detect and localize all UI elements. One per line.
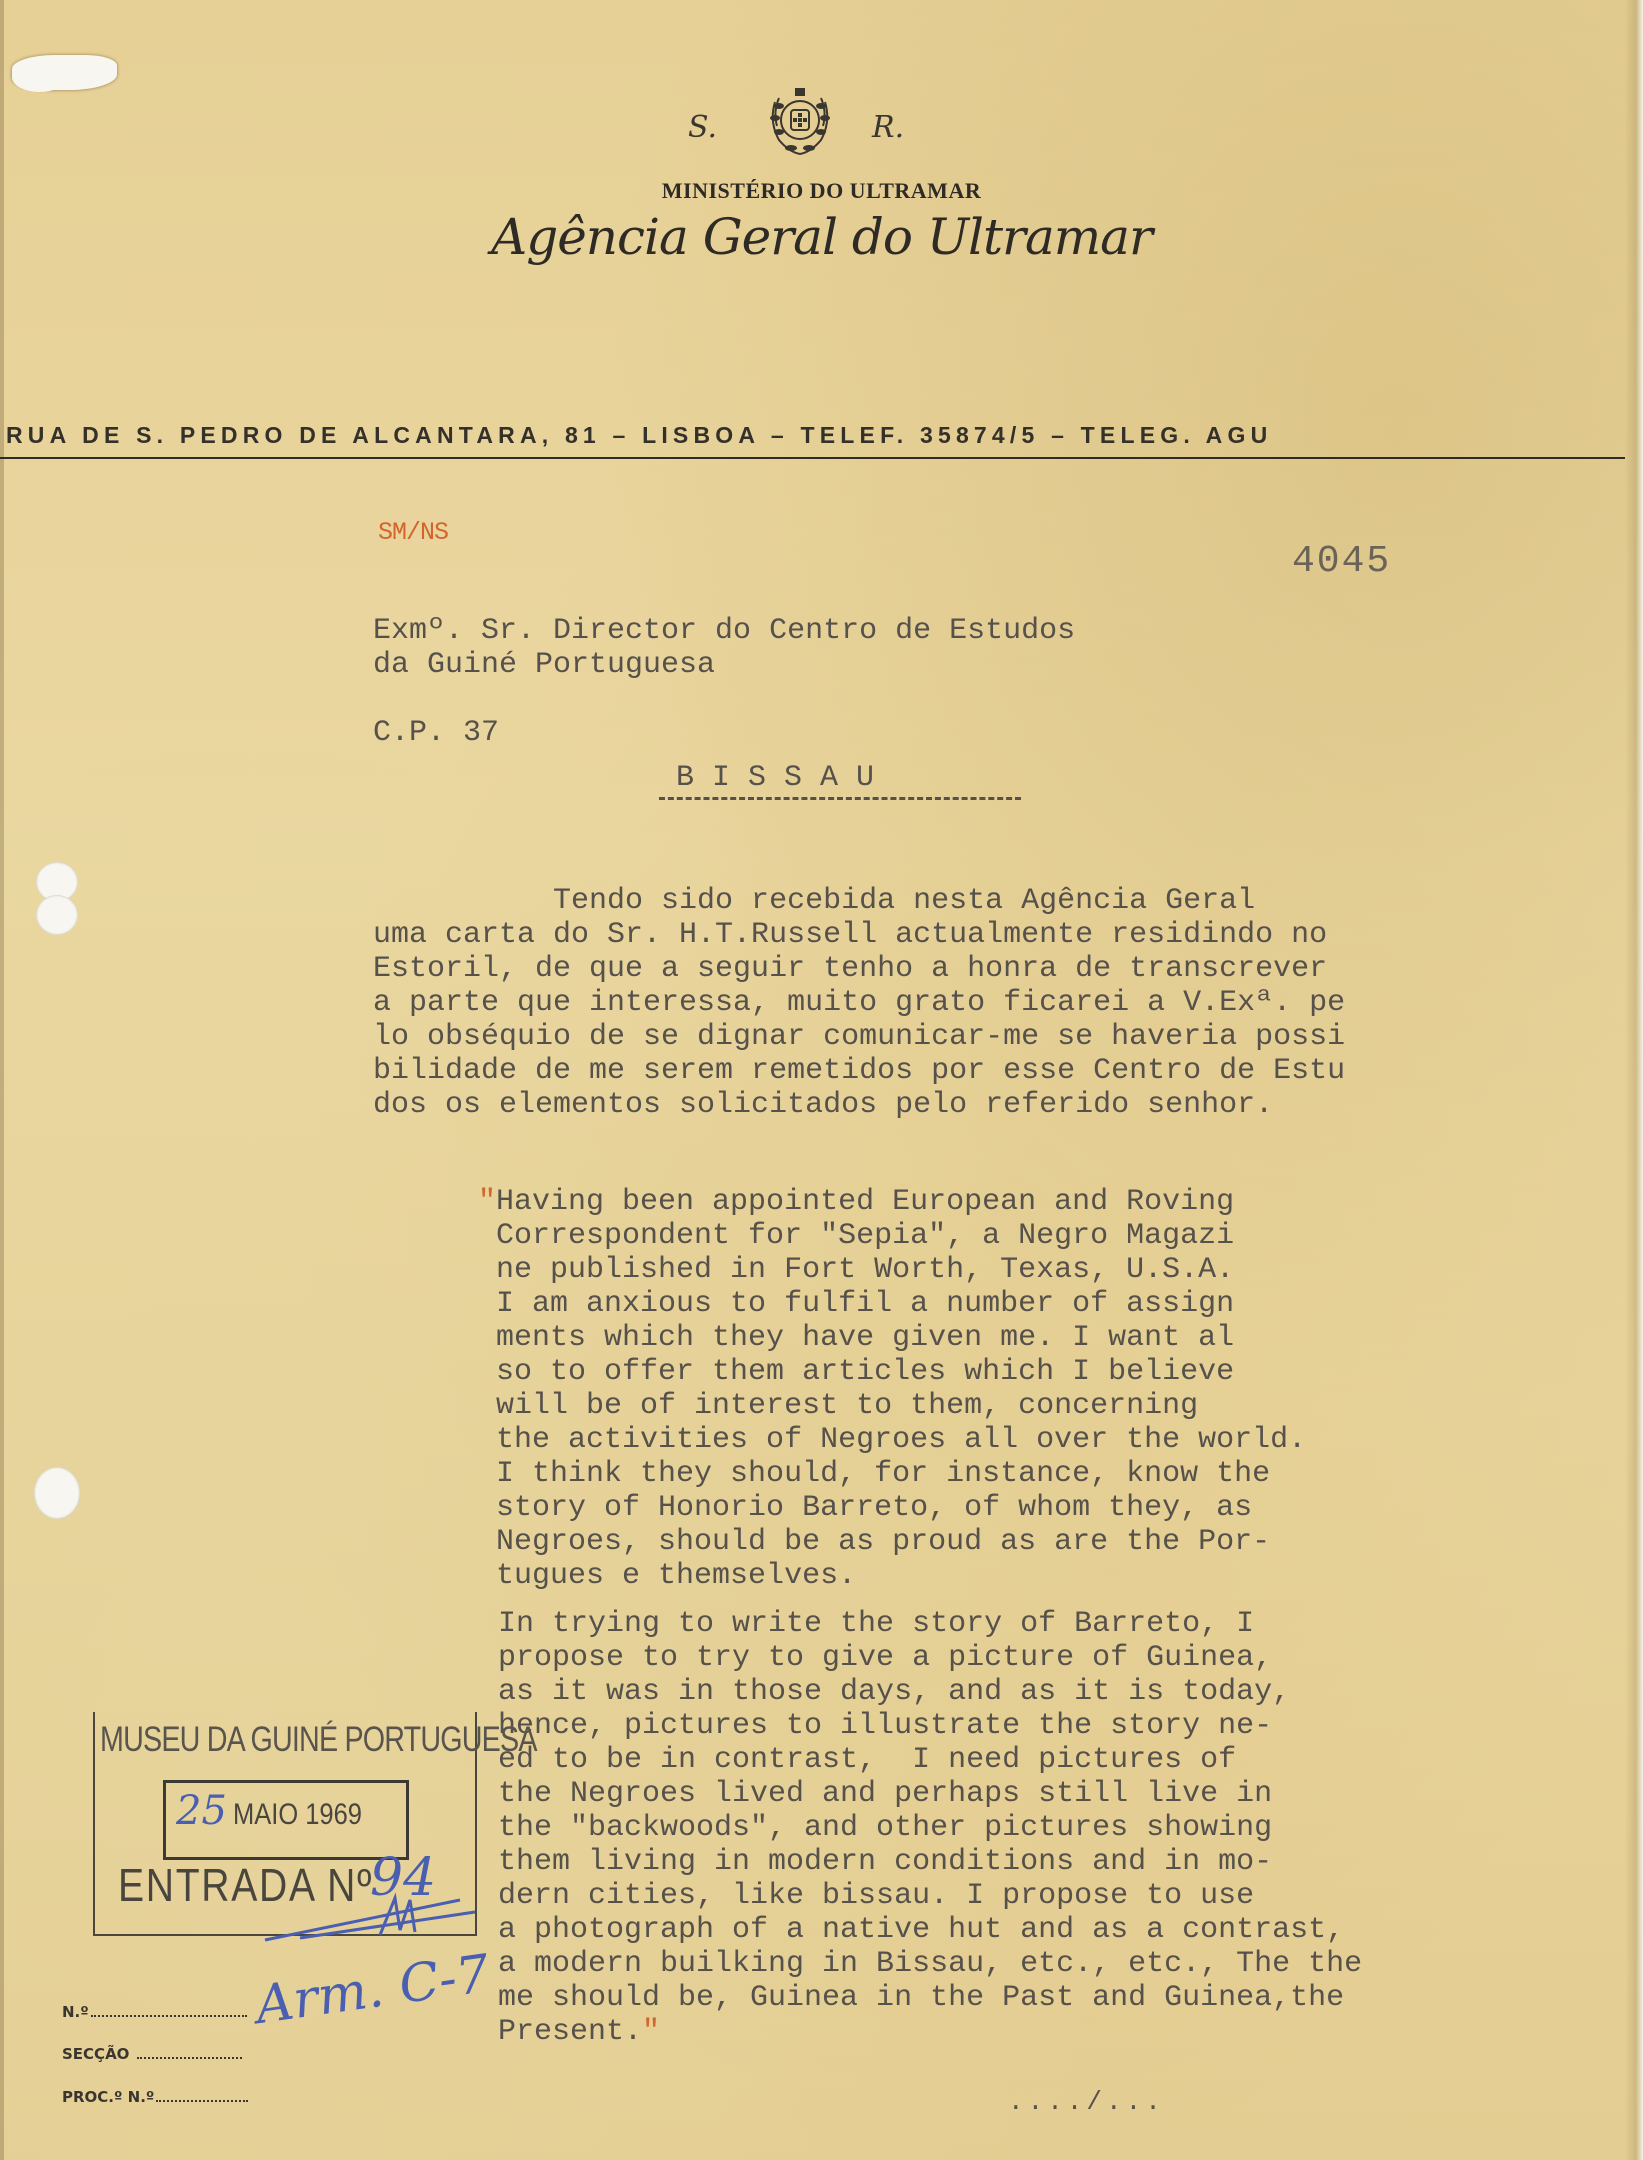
coat-of-arms-icon <box>765 82 835 158</box>
text-line: me should be, Guinea in the Past and Gui… <box>498 1981 1344 2015</box>
field-blank[interactable] <box>137 2057 242 2059</box>
torn-corner-part <box>12 62 67 92</box>
text-line: dos os elementos solicitados pelo referi… <box>373 1088 1273 1122</box>
text-line: Correspondent for "Sepia", a Negro Magaz… <box>496 1219 1234 1253</box>
text-line: Having been appointed European and Rovin… <box>496 1185 1234 1219</box>
open-quote-mark: " <box>478 1185 496 1219</box>
quoted-letter-continued: In trying to write the story of Barreto,… <box>498 1607 1362 2049</box>
paper-edge-right <box>1625 0 1643 2160</box>
field-label: PROC.º N.º <box>62 2088 154 2106</box>
field-label: N.º <box>62 2003 89 2021</box>
handwritten-day: 25 <box>176 1788 227 1834</box>
text-line: so to offer them articles which I believ… <box>496 1355 1234 1389</box>
handwritten-shelf-note: Arm. C-7 <box>252 1944 493 2036</box>
continuation-mark: ..../... <box>1008 2087 1165 2117</box>
form-field-number: N.º <box>62 2003 247 2021</box>
letterhead-rule <box>0 457 1625 459</box>
letterhead-address: RUA DE S. PEDRO DE ALCANTARA, 81 – LISBO… <box>6 422 1626 449</box>
city-underline <box>659 797 1021 800</box>
text-line: them living in modern conditions and in … <box>498 1845 1272 1879</box>
po-box: C.P. 37 <box>373 716 499 750</box>
text-line: Present. <box>498 2015 642 2049</box>
close-quote-mark: " <box>642 2015 660 2049</box>
document-number: 4045 <box>1292 540 1391 583</box>
ministry-name: MINISTÉRIO DO ULTRAMAR <box>0 178 1643 204</box>
recipient-city: B I S S A U <box>676 761 874 795</box>
text-line: a photograph of a native hut and as a co… <box>498 1913 1344 1947</box>
handwritten-scribble-icon <box>260 1890 480 1950</box>
recipient-address: Exmº. Sr. Director do Centro de Estudos … <box>373 614 1075 682</box>
text-line: ments which they have given me. I want a… <box>496 1321 1234 1355</box>
text-line: dern cities, like bissau. I propose to u… <box>498 1879 1254 1913</box>
text-line: the Negroes lived and perhaps still live… <box>498 1777 1272 1811</box>
punch-hole-icon <box>34 1467 80 1519</box>
text-line: story of Honorio Barreto, of whom they, … <box>496 1491 1252 1525</box>
paper-edge-left <box>0 0 4 2160</box>
text-line: In trying to write the story of Barreto,… <box>498 1607 1254 1641</box>
field-label: SECÇÃO <box>62 2045 129 2063</box>
recipient-line: da Guiné Portuguesa <box>373 648 715 682</box>
letter-paragraph: Tendo sido recebida nesta Agência Geral … <box>373 884 1345 1122</box>
text-line: a modern builking in Bissau, etc., etc.,… <box>498 1947 1362 1981</box>
text-line: Negroes, should be as proud as are the P… <box>496 1525 1270 1559</box>
text-line: ne published in Fort Worth, Texas, U.S.A… <box>496 1253 1234 1287</box>
text-line: Tendo sido recebida nesta Agência Geral <box>373 884 1255 918</box>
text-line: I think they should, for instance, know … <box>496 1457 1270 1491</box>
text-line: will be of interest to them, concerning <box>496 1389 1198 1423</box>
form-field-process: PROC.º N.º <box>62 2088 248 2106</box>
text-line: ed to be in contrast, I need pictures of <box>498 1743 1236 1777</box>
stamp-date: MAIO 1969 <box>233 1798 362 1832</box>
text-line: lo obséquio de se dignar comunicar-me se… <box>373 1020 1345 1054</box>
text-line: Estoril, de que a seguir tenho a honra d… <box>373 952 1327 986</box>
form-field-section: SECÇÃO <box>62 2045 242 2063</box>
text-line: as it was in those days, and as it is to… <box>498 1675 1290 1709</box>
text-line: I am anxious to fulfil a number of assig… <box>496 1287 1234 1321</box>
reference-initials: SM/NS <box>378 518 448 547</box>
monogram-right: R. <box>872 110 904 145</box>
text-line: tugues e themselves. <box>496 1559 856 1593</box>
field-blank[interactable] <box>156 2100 248 2102</box>
field-blank[interactable] <box>91 2015 247 2017</box>
quoted-letter: "Having been appointed European and Rovi… <box>478 1185 1306 1593</box>
recipient-line: Exmº. Sr. Director do Centro de Estudos <box>373 614 1075 648</box>
text-line: the "backwoods", and other pictures show… <box>498 1811 1272 1845</box>
agency-name: Agência Geral do Ultramar <box>0 208 1643 266</box>
stamp-title: MUSEU DA GUINÉ PORTUGUESA <box>100 1720 537 1760</box>
text-line: uma carta do Sr. H.T.Russell actualmente… <box>373 918 1327 952</box>
punch-hole-icon <box>36 895 78 935</box>
text-line: propose to try to give a picture of Guin… <box>498 1641 1272 1675</box>
text-line: a parte que interessa, muito grato ficar… <box>373 986 1345 1020</box>
text-line: hence, pictures to illustrate the story … <box>498 1709 1272 1743</box>
text-line: the activities of Negroes all over the w… <box>496 1423 1306 1457</box>
text-line: bilidade de me serem remetidos por esse … <box>373 1054 1345 1088</box>
monogram-left: S. <box>688 110 717 145</box>
